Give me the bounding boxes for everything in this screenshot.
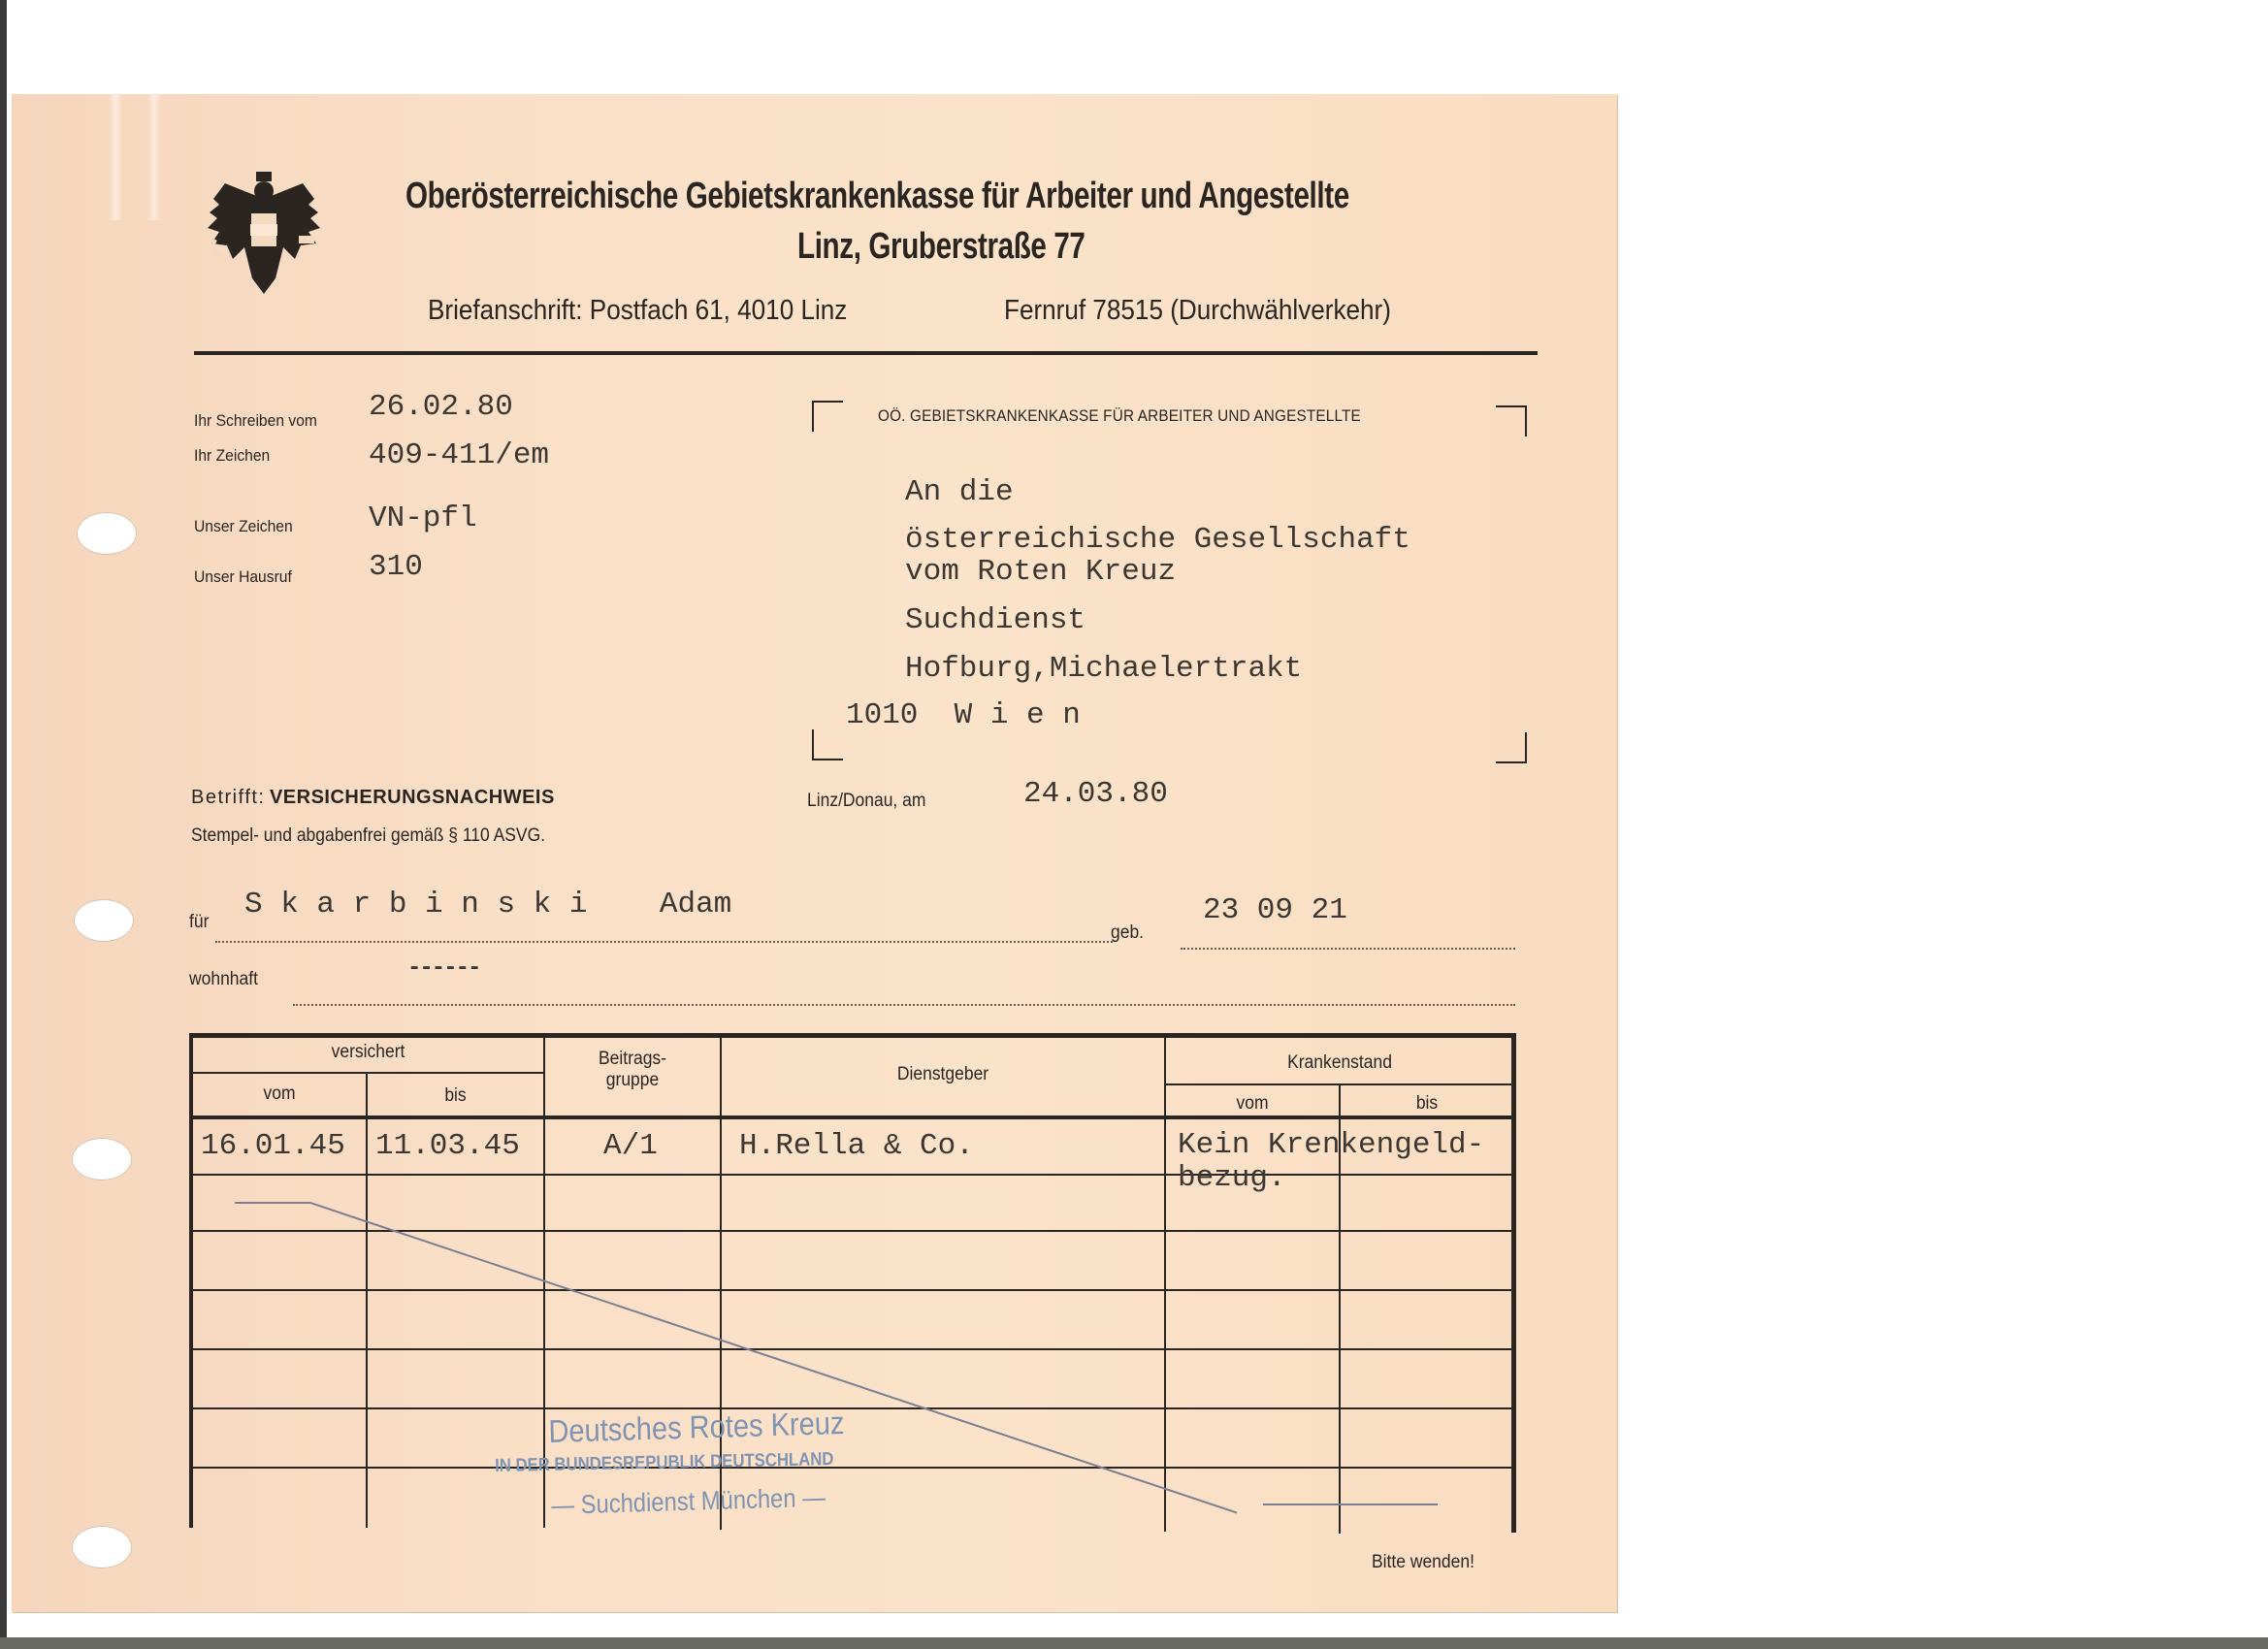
name-dotted-line — [215, 941, 1113, 943]
residence-label: wohnhaft — [189, 969, 258, 990]
organization-address: Linz, Gruberstraße 77 — [797, 226, 1085, 268]
cell-contribution-group: A/1 — [603, 1129, 658, 1163]
recipient-line: österreichische Gesellschaft — [905, 523, 1410, 557]
dateline-label: Linz/Donau, am — [807, 791, 925, 812]
table-left-border — [189, 1033, 193, 1528]
header-insured-from: vom — [200, 1083, 359, 1105]
row-line — [189, 1230, 1513, 1232]
header-contribution-group: Beitrags- gruppe — [552, 1049, 713, 1091]
stamp-duty-note: Stempel- und abgabenfrei gemäß § 110 ASV… — [191, 825, 545, 847]
stamp-line: IN DER BUNDESREPUBLIK DEUTSCHLAND — [495, 1449, 834, 1477]
person-name: S k a r b i n s k i Adam — [244, 888, 731, 921]
born-dotted-line — [1181, 948, 1515, 950]
row-line — [189, 1467, 1513, 1469]
residence-dotted-line — [293, 1004, 1515, 1006]
cell-insured-to: 11.03.45 — [375, 1129, 520, 1163]
header-sick-leave: Krankenstand — [1180, 1052, 1499, 1074]
scan-edge — [0, 0, 7, 1649]
paper-crease — [147, 94, 161, 220]
punch-hole — [74, 899, 134, 942]
header-insured-to: bis — [374, 1085, 536, 1107]
col-line — [366, 1072, 368, 1528]
punch-hole — [72, 1526, 132, 1568]
ref-value: 26.02.80 — [369, 390, 513, 424]
subject-label: Betrifft: — [191, 787, 266, 808]
address-window-corner — [812, 401, 843, 432]
born-label: geb. — [1111, 922, 1144, 944]
ref-value: VN-pfl — [369, 501, 477, 535]
punch-hole — [72, 1138, 132, 1180]
ref-label: Ihr Schreiben vom — [194, 411, 317, 431]
header-subline — [1164, 1083, 1513, 1085]
scan-bottom-band — [0, 1637, 2268, 1649]
recipient-line: vom Roten Kreuz — [905, 555, 1176, 589]
austrian-eagle-icon — [206, 170, 324, 298]
residence-value: ------ — [407, 955, 479, 982]
letter-page: Oberösterreichische Gebietskrankenkasse … — [12, 94, 1617, 1612]
phone-number: Fernruf 78515 (Durchwählverkehr) — [1004, 295, 1391, 327]
header-rule — [194, 351, 1538, 355]
cell-sick-leave: Kein Krenkengeld- bezug. — [1178, 1129, 1484, 1195]
recipient-line: Suchdienst — [905, 603, 1085, 637]
col-line — [1164, 1035, 1166, 1532]
ref-label: Unser Zeichen — [194, 517, 293, 536]
sender-line: OÖ. GEBIETSKRANKENKASSE FÜR ARBEITER UND… — [878, 406, 1361, 426]
strike-stroke — [1263, 1503, 1438, 1505]
dateline-value: 24.03.80 — [1023, 777, 1168, 811]
table-right-border — [1511, 1033, 1516, 1533]
organization-name: Oberösterreichische Gebietskrankenkasse … — [405, 176, 1349, 217]
stamp-line: — Suchdienst München — — [551, 1483, 826, 1521]
address-window-corner — [1496, 732, 1527, 763]
ref-label: Unser Hausruf — [194, 567, 292, 587]
header-employer: Dienstgeber — [739, 1064, 1147, 1085]
cell-insured-from: 16.01.45 — [201, 1129, 345, 1163]
header-sick-from: vom — [1173, 1093, 1332, 1115]
postal-address: Briefanschrift: Postfach 61, 4010 Linz — [428, 295, 847, 327]
header-insured: versichert — [207, 1042, 529, 1063]
subject-value: VERSICHERUNGSNACHWEIS — [270, 787, 555, 808]
header-subline — [189, 1072, 543, 1074]
row-line — [189, 1407, 1513, 1409]
table-top-border — [189, 1033, 1516, 1038]
paper-crease — [109, 94, 122, 220]
punch-hole — [77, 512, 137, 555]
born-value: 23 09 21 — [1203, 893, 1347, 927]
ref-label: Ihr Zeichen — [194, 446, 270, 466]
header-sick-to: bis — [1347, 1093, 1507, 1115]
recipient-line: An die — [905, 475, 1014, 509]
ref-value: 409-411/em — [369, 438, 549, 472]
cell-employer: H.Rella & Co. — [739, 1129, 974, 1163]
recipient-line: Hofburg,Michaelertrakt — [905, 652, 1302, 686]
address-window-corner — [1496, 405, 1527, 436]
subject: Betrifft: VERSICHERUNGSNACHWEIS — [191, 787, 555, 809]
stamp-line: Deutsches Rotes Kreuz — [548, 1405, 845, 1450]
row-line — [189, 1348, 1513, 1350]
ref-value: 310 — [369, 550, 423, 584]
recipient-city: 1010 W i e n — [846, 698, 1081, 732]
row-line — [189, 1289, 1513, 1291]
strike-stroke — [235, 1202, 310, 1204]
header-bottom-border — [189, 1115, 1513, 1119]
address-window-corner — [812, 729, 843, 760]
for-label: für — [189, 912, 209, 933]
turn-over-note: Bitte wenden! — [1372, 1552, 1474, 1573]
